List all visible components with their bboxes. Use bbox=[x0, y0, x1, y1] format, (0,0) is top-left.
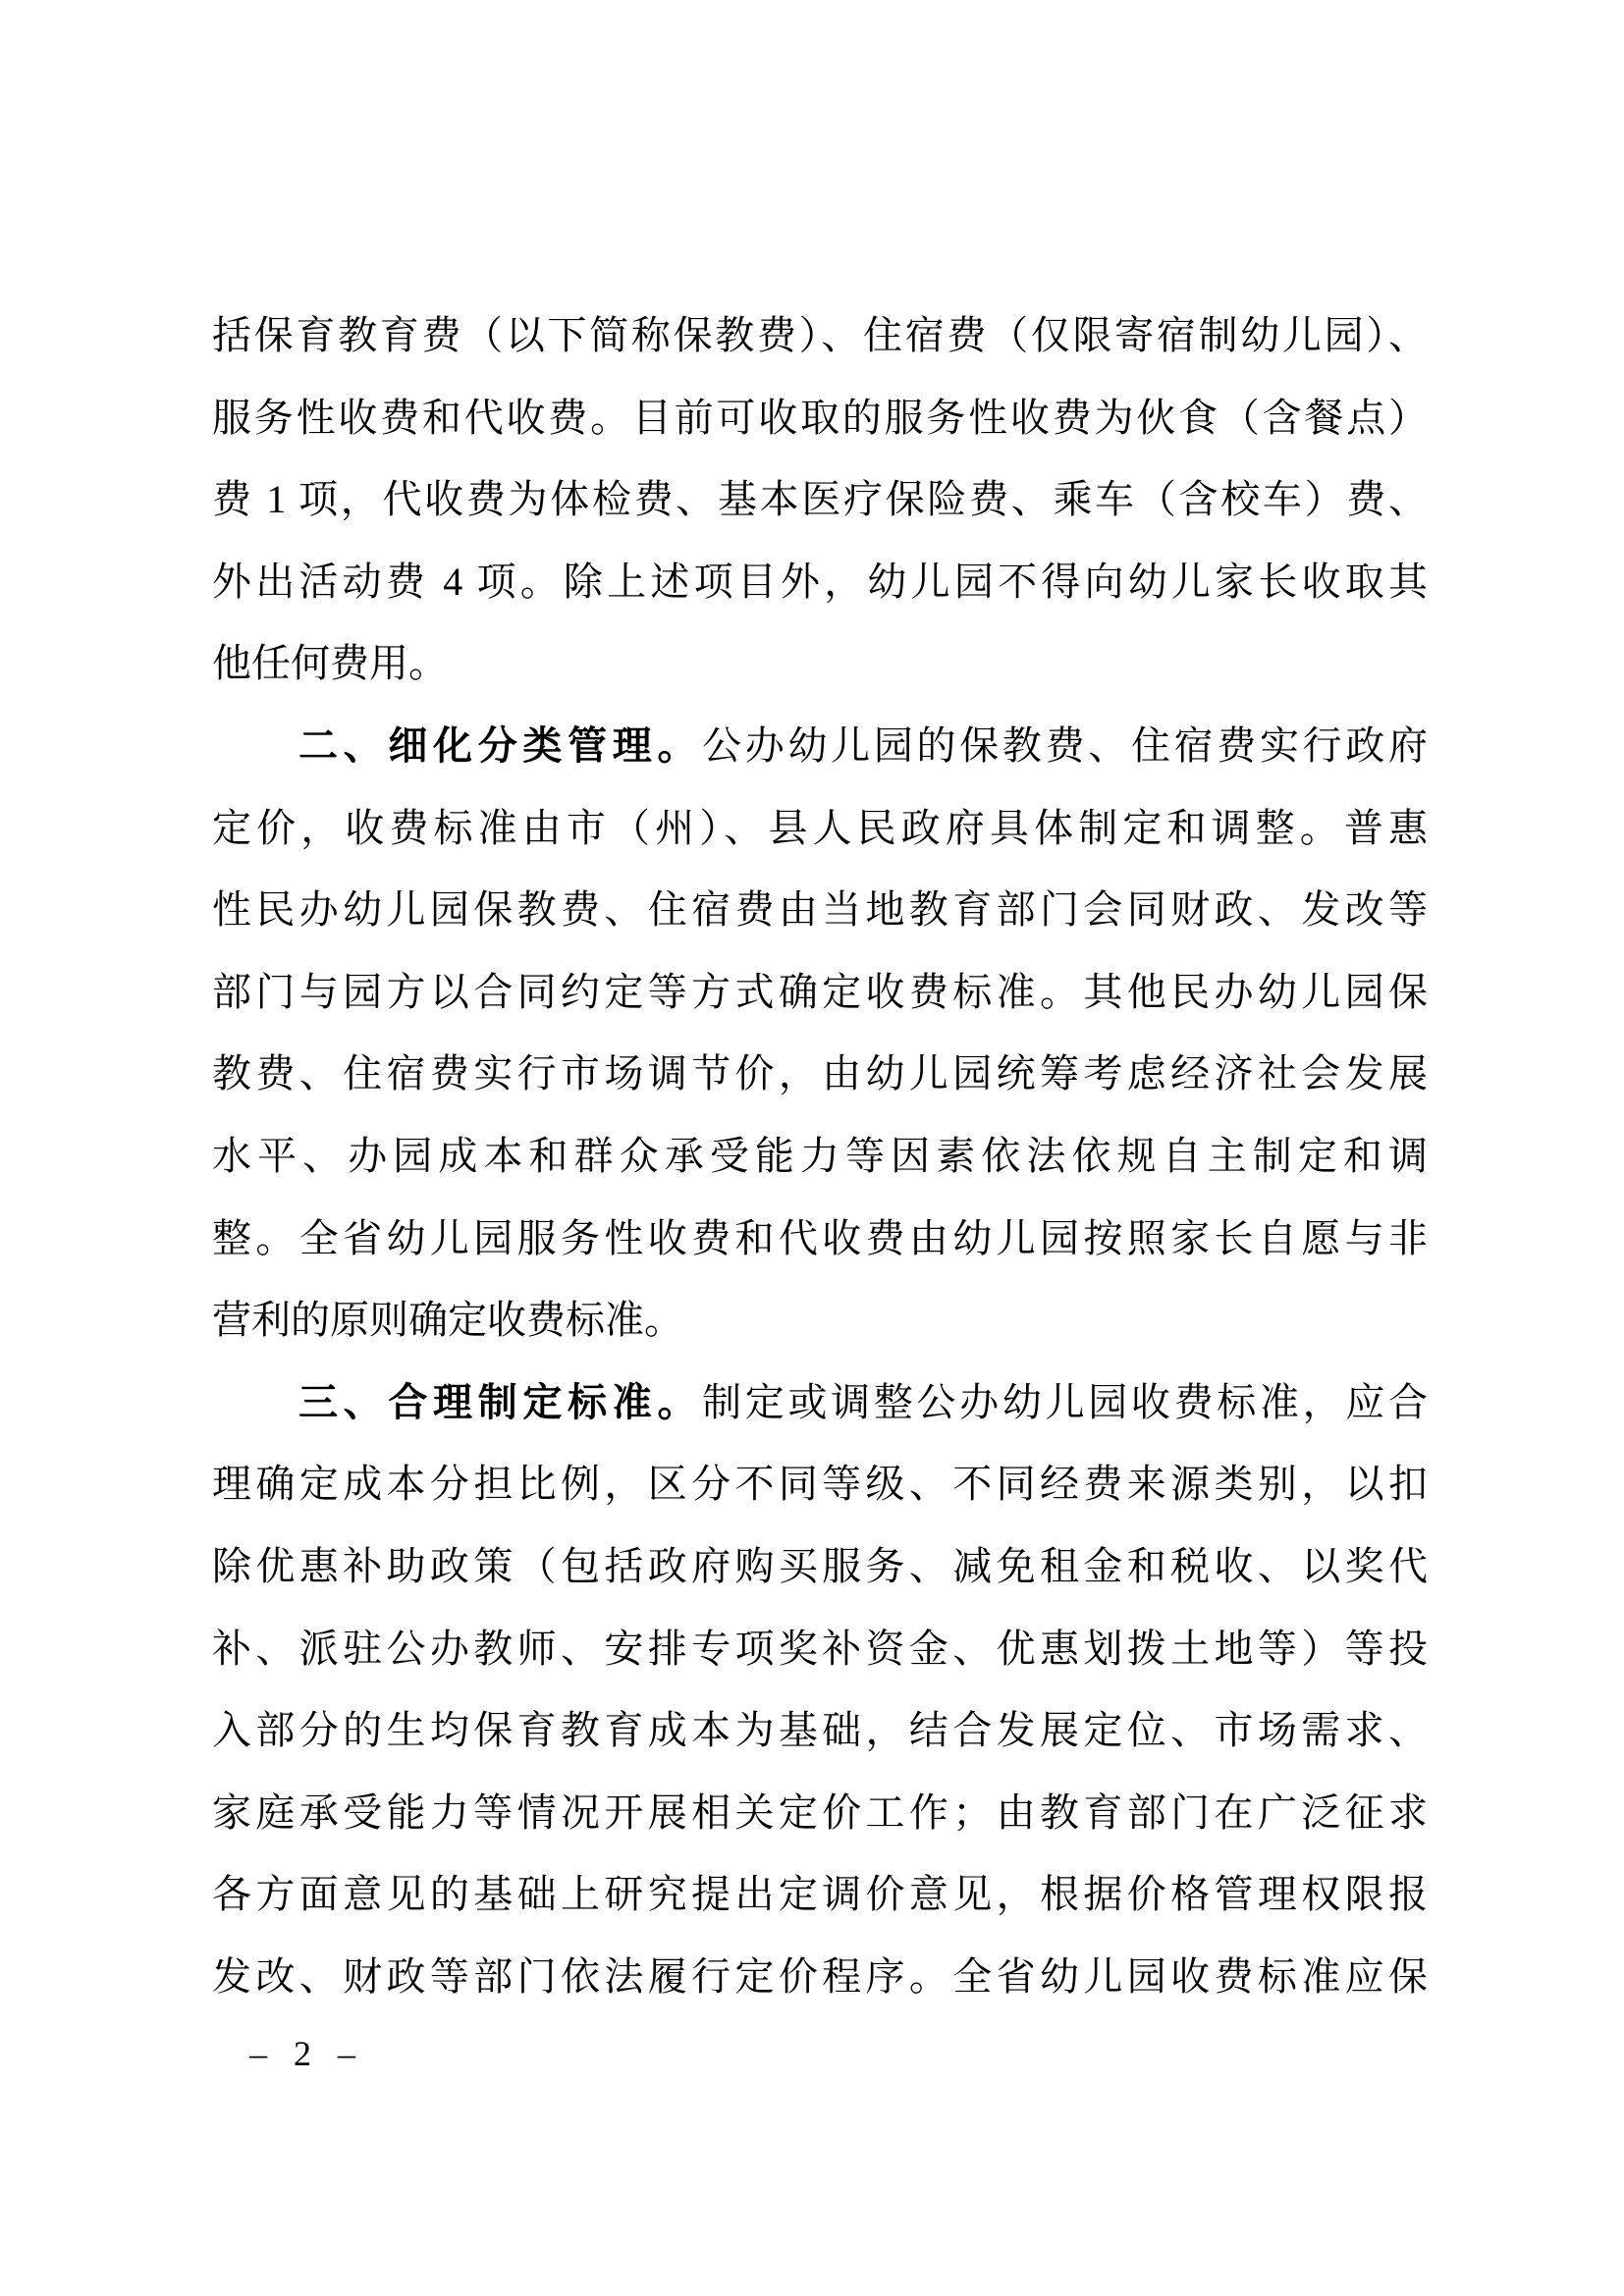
text-line: 外出活动费 4 项。除上述项目外，幼儿园不得向幼儿家长收取其 bbox=[212, 541, 1428, 623]
body-text: 各方面意见的基础上研究提出定调价意见，根据价格管理权限报 bbox=[212, 1872, 1428, 1916]
text-line: 家庭承受能力等情况开展相关定价工作；由教育部门在广泛征求 bbox=[212, 1772, 1428, 1854]
text-line: 发改、财政等部门依法履行定价程序。全省幼儿园收费标准应保 bbox=[212, 1936, 1428, 2018]
body-text: 理确定成本分担比例，区分不同等级、不同经费来源类别，以扣 bbox=[212, 1462, 1428, 1506]
text-line: 二、细化分类管理。公办幼儿园的保教费、住宿费实行政府 bbox=[212, 705, 1428, 787]
text-line: 费 1 项，代收费为体检费、基本医疗保险费、乘车（含校车）费、 bbox=[212, 458, 1428, 541]
text-line: 理确定成本分担比例，区分不同等级、不同经费来源类别，以扣 bbox=[212, 1443, 1428, 1525]
body-text: 部门与园方以合同约定等方式确定收费标准。其他民办幼儿园保 bbox=[212, 970, 1428, 1014]
document-body: 括保育教育费（以下简称保教费）、住宿费（仅限寄宿制幼儿园）、服务性收费和代收费。… bbox=[212, 294, 1428, 2017]
text-line: 定价，收费标准由市（州）、县人民政府具体制定和调整。普惠 bbox=[212, 787, 1428, 870]
body-text: 外出活动费 4 项。除上述项目外，幼儿园不得向幼儿家长收取其 bbox=[212, 560, 1428, 604]
body-text: 入部分的生均保育教育成本为基础，结合发展定位、市场需求、 bbox=[212, 1708, 1428, 1752]
text-line: 营利的原则确定收费标准。 bbox=[212, 1279, 1428, 1362]
body-text: 公办幼儿园的保教费、住宿费实行政府 bbox=[702, 723, 1428, 768]
text-line: 部门与园方以合同约定等方式确定收费标准。其他民办幼儿园保 bbox=[212, 951, 1428, 1034]
body-text: 发改、财政等部门依法履行定价程序。全省幼儿园收费标准应保 bbox=[212, 1954, 1428, 1999]
section-3-heading: 三、合理制定标准。 bbox=[298, 1381, 702, 1424]
body-text: 服务性收费和代收费。目前可收取的服务性收费为伙食（含餐点） bbox=[212, 396, 1428, 440]
body-text: 制定或调整公办幼儿园收费标准，应合 bbox=[702, 1380, 1428, 1424]
text-line: 各方面意见的基础上研究提出定调价意见，根据价格管理权限报 bbox=[212, 1853, 1428, 1936]
body-text: 性民办幼儿园保教费、住宿费由当地教育部门会同财政、发改等 bbox=[212, 887, 1428, 932]
body-text: 家庭承受能力等情况开展相关定价工作；由教育部门在广泛征求 bbox=[212, 1790, 1428, 1835]
body-text: 补、派驻公办教师、安排专项奖补资金、优惠划拨土地等）等投 bbox=[212, 1627, 1428, 1671]
text-line: 三、合理制定标准。制定或调整公办幼儿园收费标准，应合 bbox=[212, 1362, 1428, 1444]
text-line: 整。全省幼儿园服务性收费和代收费由幼儿园按照家长自愿与非 bbox=[212, 1198, 1428, 1280]
body-text: 营利的原则确定收费标准。 bbox=[212, 1298, 683, 1342]
text-line: 补、派驻公办教师、安排专项奖补资金、优惠划拨土地等）等投 bbox=[212, 1608, 1428, 1690]
body-text: 水平、办园成本和群众承受能力等因素依法依规自主制定和调 bbox=[212, 1134, 1428, 1178]
body-text: 他任何费用。 bbox=[212, 641, 448, 685]
text-line: 除优惠补助政策（包括政府购买服务、减免租金和税收、以奖代 bbox=[212, 1525, 1428, 1608]
document-page: 括保育教育费（以下简称保教费）、住宿费（仅限寄宿制幼儿园）、服务性收费和代收费。… bbox=[0, 0, 1624, 2296]
text-line: 他任何费用。 bbox=[212, 622, 1428, 705]
body-text: 定价，收费标准由市（州）、县人民政府具体制定和调整。普惠 bbox=[212, 806, 1428, 850]
text-line: 教费、住宿费实行市场调节价，由幼儿园统筹考虑经济社会发展 bbox=[212, 1033, 1428, 1115]
body-text: 整。全省幼儿园服务性收费和代收费由幼儿园按照家长自愿与非 bbox=[212, 1216, 1428, 1260]
body-text: 费 1 项，代收费为体检费、基本医疗保险费、乘车（含校车）费、 bbox=[212, 477, 1428, 521]
body-text: 除优惠补助政策（包括政府购买服务、减免租金和税收、以奖代 bbox=[212, 1544, 1428, 1588]
text-line: 入部分的生均保育教育成本为基础，结合发展定位、市场需求、 bbox=[212, 1689, 1428, 1772]
text-line: 性民办幼儿园保教费、住宿费由当地教育部门会同财政、发改等 bbox=[212, 869, 1428, 951]
text-line: 括保育教育费（以下简称保教费）、住宿费（仅限寄宿制幼儿园）、 bbox=[212, 294, 1428, 377]
body-text: 教费、住宿费实行市场调节价，由幼儿园统筹考虑经济社会发展 bbox=[212, 1051, 1428, 1095]
text-line: 水平、办园成本和群众承受能力等因素依法依规自主制定和调 bbox=[212, 1115, 1428, 1198]
body-text: 括保育教育费（以下简称保教费）、住宿费（仅限寄宿制幼儿园）、 bbox=[212, 313, 1428, 357]
page-number-footer: – 2 – bbox=[249, 2032, 359, 2075]
section-2-heading: 二、细化分类管理。 bbox=[298, 724, 702, 768]
text-line: 服务性收费和代收费。目前可收取的服务性收费为伙食（含餐点） bbox=[212, 377, 1428, 459]
